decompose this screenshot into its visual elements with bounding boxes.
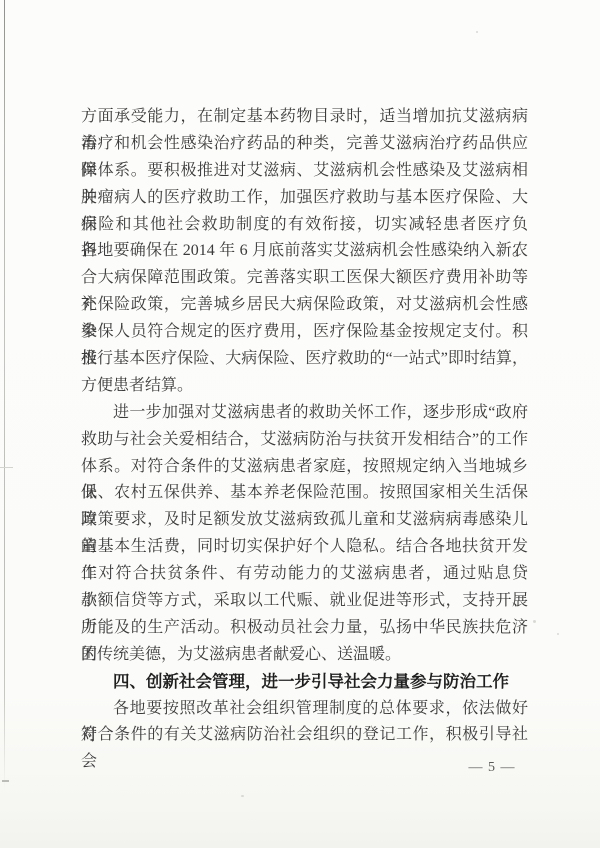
- paragraph-start-line: 各地要按照改革社会组织管理制度的总体要求，依法做好对: [81, 696, 528, 723]
- page-number: — 5 —: [452, 760, 532, 776]
- text-line: 保、农村五保供养、基本养老保险范围。按照国家相关生活保障: [81, 480, 528, 507]
- text-line: 作对符合扶贫条件、有劳动能力的艾滋病患者，通过贴息贷款、: [81, 561, 528, 588]
- section-heading: 四、创新社会管理，进一步引导社会力量参与防治工作: [81, 669, 528, 696]
- scan-artifact-mark: [2, 780, 9, 782]
- text-line: 的传统美德，为艾滋病患者献爱心、送温暖。: [81, 642, 528, 669]
- text-line: 合大病保障范围政策。完善落实职工医保大额医疗费用补助等补: [81, 265, 528, 292]
- scan-edge-line: [4, 0, 5, 790]
- scan-speck: [557, 633, 559, 635]
- text-line: 救助与社会关爱相结合，艾滋病防治与扶贫开发相结合”的工作: [81, 427, 528, 454]
- text-line: 符合条件的有关艾滋病防治社会组织的登记工作，积极引导社会: [81, 722, 528, 749]
- scan-speck: [476, 31, 478, 33]
- text-line: 充保险政策，完善城乡居民大病保险政策，对艾滋病机会性感染: [81, 292, 528, 319]
- document-body: 方面承受能力，在制定基本药物目录时，适当增加抗艾滋病病毒 治疗和机会性感染治疗药…: [81, 104, 528, 749]
- scan-speck: [533, 620, 536, 623]
- text-line: 方面承受能力，在制定基本药物目录时，适当增加抗艾滋病病毒: [81, 104, 528, 131]
- text-line: 各地要确保在 2014 年 6 月底前落实艾滋病机会性感染纳入新农: [81, 238, 528, 265]
- scan-speck: [241, 795, 244, 797]
- text-line: 参保人员符合规定的医疗费用，医疗保险基金按规定支付。积极: [81, 319, 528, 346]
- text-line: 所能及的生产活动。积极动员社会力量，弘扬中华民族扶危济困: [81, 615, 528, 642]
- text-line: 的基本生活费，同时切实保护好个人隐私。结合各地扶贫开发工: [81, 534, 528, 561]
- text-line: 保险和其他社会救助制度的有效衔接，切实减轻患者医疗负担。: [81, 212, 528, 239]
- text-line: 政策要求，及时足额发放艾滋病致孤儿童和艾滋病病毒感染儿童: [81, 507, 528, 534]
- text-line: 推行基本医疗保险、大病保险、医疗救助的“一站式”即时结算，: [81, 346, 528, 373]
- text-line: 肿瘤病人的医疗救助工作，加强医疗救助与基本医疗保险、大病: [81, 185, 528, 212]
- scanned-document-page: 方面承受能力，在制定基本药物目录时，适当增加抗艾滋病病毒 治疗和机会性感染治疗药…: [0, 0, 600, 848]
- text-line: 体系。对符合条件的艾滋病患者家庭，按照规定纳入当地城乡低: [81, 454, 528, 481]
- text-line: 障体系。要积极推进对艾滋病、艾滋病机会性感染及艾滋病相关: [81, 158, 528, 185]
- text-line: 方便患者结算。: [81, 373, 528, 400]
- scan-artifact-tick: [0, 467, 13, 468]
- text-line: 小额信贷等方式，采取以工代赈、就业促进等形式，支持开展力: [81, 588, 528, 615]
- text-line: 治疗和机会性感染治疗药品的种类，完善艾滋病治疗药品供应保: [81, 131, 528, 158]
- paragraph-start-line: 进一步加强对艾滋病患者的救助关怀工作，逐步形成“政府: [81, 400, 528, 427]
